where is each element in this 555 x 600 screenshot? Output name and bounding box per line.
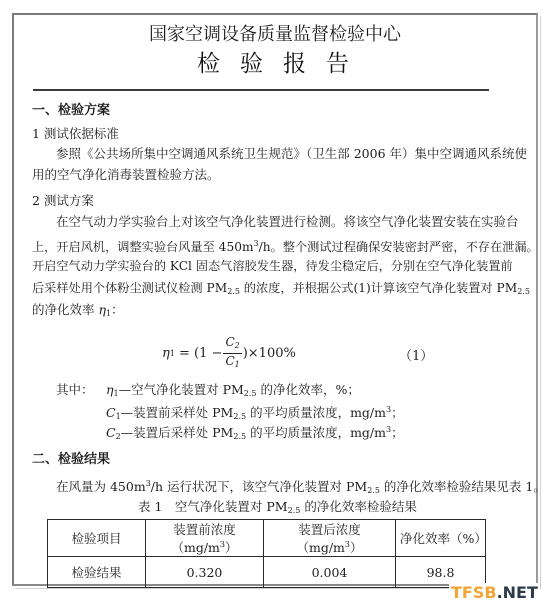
table-header-row: 检验项目 装置前浓度（mg/m3） 装置后浓度（mg/m3） 净化效率（%）: [48, 520, 486, 557]
sub2-line-3: 开启空气动力学实验台的 KCl 固态气溶胶发生器，待发尘稳定后，分别在空气净化装…: [32, 258, 513, 274]
table-cell: 0.320: [146, 557, 264, 588]
header-cell: 装置前浓度（mg/m3）: [146, 520, 264, 557]
table-cell: 0.004: [264, 557, 396, 588]
organization-title: 国家空调设备质量监督检验中心: [14, 20, 536, 46]
table-row: 检验结果 0.320 0.004 98.8: [48, 557, 486, 588]
formula-prefix: = (1 −: [179, 346, 222, 361]
section2-heading: 二、检验结果: [32, 452, 110, 468]
table-caption: 表 1 空气净化装置对 PM2.5 的净化效率检验结果: [138, 499, 417, 519]
sub2-heading: 2 测试方案: [32, 193, 94, 209]
header-cell: 检验项目: [48, 520, 146, 557]
sub1-line-1: 参照《公共场所集中空调通风系统卫生规范》（卫生部 2006 年）集中空调通风系统…: [56, 146, 527, 162]
site-watermark: TFSB.NET: [449, 583, 540, 600]
sub1-line-2: 用的空气净化消毒装置检验方法。: [32, 167, 220, 183]
report-page: 国家空调设备质量监督检验中心 检验报告 一、检验方案 1 测试依据标准 参照《公…: [12, 13, 538, 586]
section1-heading: 一、检验方案: [32, 103, 110, 119]
header-cell: 装置后浓度（mg/m3）: [264, 520, 396, 557]
definitions-label: 其中：: [56, 382, 94, 398]
header-rule: [33, 89, 489, 91]
formula-fraction: C2 C1: [223, 335, 241, 372]
table-cell: 检验结果: [48, 557, 146, 588]
efficiency-formula: η1 = (1 − C2 C1 )×100%: [162, 333, 296, 373]
section2-paragraph: 在风量为 450m3/h 运行状况下，该空气净化装置对 PM2.5 的净化效率检…: [56, 476, 546, 499]
equation-number: （1）: [399, 345, 433, 364]
definition-eta1: η1—空气净化装置对 PM2.5 的净化效率，%；: [106, 382, 360, 402]
report-title: 检验报告: [14, 45, 536, 78]
watermark-part2: .NET: [497, 583, 538, 600]
sub2-line-4: 后采样处用个体粉尘测试仪检测 PM2.5 的浓度，并根据公式(1)计算该空气净化…: [32, 280, 530, 300]
watermark-part1: TFSB: [451, 583, 497, 600]
sub2-line-2: 上，开启风机，调整实验台风量至 450m3/h。整个测试过程确保安装密封严密，不…: [32, 236, 539, 255]
definition-c2: C2—装置后采样处 PM2.5 的平均质量浓度，mg/m3；: [106, 422, 404, 445]
results-table: 检验项目 装置前浓度（mg/m3） 装置后浓度（mg/m3） 净化效率（%） 检…: [47, 519, 486, 588]
sub2-line-5: 的净化效率 η1：: [32, 302, 124, 322]
sub1-heading: 1 测试依据标准: [32, 126, 119, 142]
header-cell: 净化效率（%）: [396, 520, 486, 557]
formula-suffix: )×100%: [243, 346, 296, 361]
sub2-line-1: 在空气动力学实验台上对该空气净化装置进行检测。将该空气净化装置安装在实验台: [56, 214, 519, 230]
